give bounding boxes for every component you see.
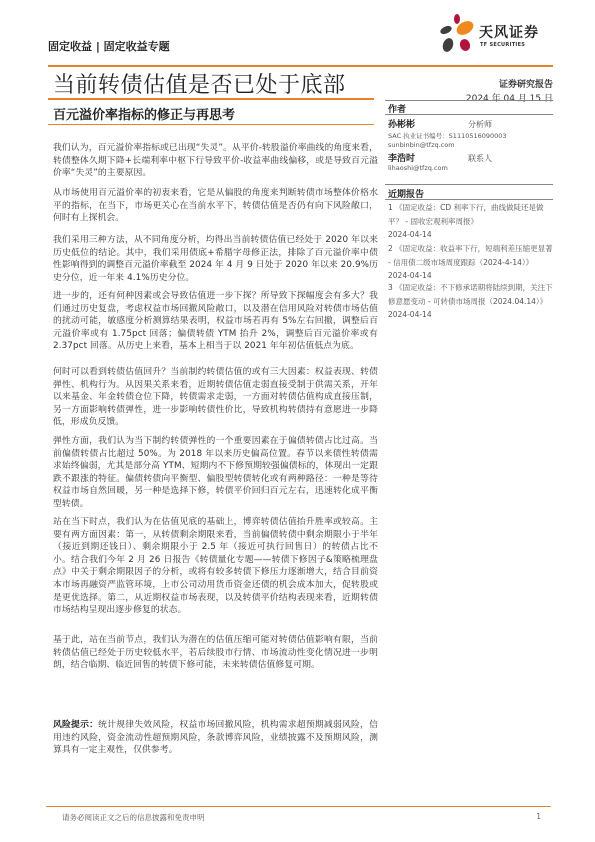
author-name: 孙彬彬 (388, 117, 415, 130)
recent-report-item[interactable]: 2 《固定收益：收益率下行，短端利差压缩更显著 - 信用债二级市场周度跟踪（20… (388, 242, 554, 283)
author-email-link[interactable]: sunbinbin@tfzq.com (388, 141, 455, 149)
footer-disclaimer: 请务必阅读正文之后的信息披露和免责申明 (62, 812, 205, 823)
author-role: 联系人 (468, 153, 492, 164)
report-category: 固定收益 | 固定收益专题 (48, 38, 170, 54)
author-email-link[interactable]: lihaoshi@tfzq.com (388, 164, 448, 172)
recent-report-date: 2024-04-14 (388, 271, 432, 280)
author-name: 李浩时 (388, 151, 415, 164)
risk-warning-text: 统计规律失效风险，权益市场回撤风险，机构需求超预期减弱风险，信用违约风险，资金流… (53, 720, 378, 755)
body-paragraph: 弹性方面，我们认为当下制约转债弹性的一个重要因素在于偏债转债占比过高。当前偏债转… (53, 435, 378, 511)
authors-divider-bottom (385, 114, 553, 115)
recent-report-item[interactable]: 1 《固定收益：CD 利率下行，曲线做陡还是做平？ - 固收宏观利率周报》 20… (388, 201, 554, 242)
risk-warning-label: 风险提示： (53, 720, 98, 730)
body-paragraph: 基于此，站在当前节点，我们认为潜在的估值压缩可能对转债估值影响有限，当前转债估值… (53, 634, 378, 672)
logo-name-cn: 天风证券 (479, 22, 539, 42)
recent-report-title: 1 《固定收益：CD 利率下行，曲线做陡还是做平？ - 固收宏观利率周报》 (388, 203, 544, 226)
body-paragraph: 我们采用三种方法，从不同角度分析，均得出当前转债估值已经处于 2020 年以来历… (53, 234, 378, 284)
page-subtitle: 百元溢价率指标的修正与再思考 (53, 104, 235, 123)
recent-report-date: 2024-04-14 (388, 310, 432, 319)
logo-name-en: TF SECURITIES (480, 42, 525, 48)
risk-warning: 风险提示：统计规律失效风险，权益市场回撤风险，机构需求超预期减弱风险，信用违约风… (53, 719, 378, 757)
body-paragraph: 我们认为，百元溢价率指标或已出现“失灵”。从平价-转股溢价率曲线的角度来看，转债… (53, 142, 378, 180)
subtitle-divider-top (48, 98, 374, 100)
recent-report-date: 2024-04-14 (388, 230, 432, 239)
author-role: 分析师 (468, 119, 492, 130)
body-paragraph: 站在当下时点，我们认为在估值见底的基础上，博弈转债估值抬升胜率或较高。主要有两方… (53, 516, 378, 617)
body-paragraph: 进一步的，还有何种因素或会导致估值进一步下探？所导致下探幅度会有多大？我们通过历… (53, 290, 378, 353)
recent-report-item[interactable]: 3 《固定收益：不下修承诺期将陆续到期，关注下修意愿变动 - 可转债市场周报（2… (388, 281, 554, 322)
body-paragraph: 何时可以看到转债估值回升？当前制约转债估值的或有三大因素：权益表现、转债弹性、机… (53, 366, 378, 429)
recent-divider-bottom (385, 199, 553, 200)
body-paragraph: 从市场使用百元溢价率的初衷来看，它是从偏股的角度来判断转债市场整体价格水平的指标… (53, 187, 378, 225)
recent-report-title: 2 《固定收益：收益率下行，短端利差压缩更显著 - 信用债二级市场周度跟踪（20… (388, 244, 553, 267)
recent-report-title: 3 《固定收益：不下修承诺期将陆续到期，关注下修意愿变动 - 可转债市场周报（2… (388, 283, 553, 306)
page-title: 当前转债估值是否已处于底部 (53, 68, 346, 99)
page-number: 1 (536, 812, 541, 821)
author-cert: SAC 执业证书编号：S1110516090003 (388, 131, 507, 140)
report-type: 证券研究报告 (499, 77, 553, 90)
header-divider (48, 65, 553, 67)
footer-divider (46, 806, 551, 807)
subtitle-divider-bottom (48, 124, 374, 125)
authors-divider-top (385, 100, 553, 101)
recent-divider-top (385, 184, 553, 185)
report-date: 2024 年 04 月 15 日 (466, 91, 553, 104)
